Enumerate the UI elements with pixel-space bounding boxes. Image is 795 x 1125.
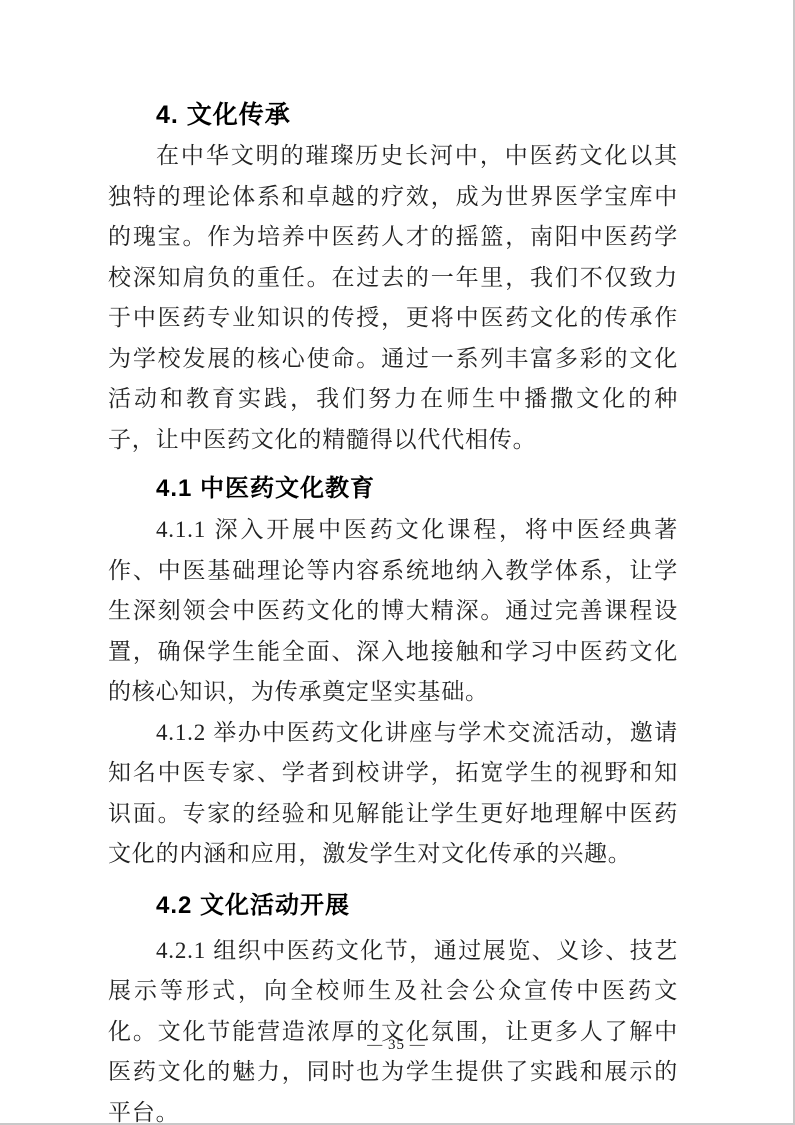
intro-paragraph: 在中华文明的璀璨历史长河中，中医药文化以其独特的理论体系和卓越的疗效，成为世界医… <box>108 136 678 460</box>
document-body: 4. 文化传承 在中华文明的璀璨历史长河中，中医药文化以其独特的理论体系和卓越的… <box>108 98 678 1125</box>
document-page: 4. 文化传承 在中华文明的璀璨历史长河中，中医药文化以其独特的理论体系和卓越的… <box>0 0 795 1125</box>
paragraph-4-1-2: 4.1.2 举办中医药文化讲座与学术交流活动，邀请知名中医专家、学者到校讲学，拓… <box>108 713 678 875</box>
paragraph-4-1-1: 4.1.1 深入开展中医药文化课程，将中医经典著作、中医基础理论等内容系统地纳入… <box>108 510 678 713</box>
subsection-heading-4-2: 4.2 文化活动开展 <box>108 889 678 923</box>
section-title: 4. 文化传承 <box>108 98 678 132</box>
paragraph-4-2-1: 4.2.1 组织中医药文化节，通过展览、义诊、技艺展示等形式，向全校师生及社会公… <box>108 931 678 1125</box>
subsection-heading-4-1: 4.1 中医药文化教育 <box>108 472 678 506</box>
page-number: — 35 — <box>0 1036 793 1054</box>
